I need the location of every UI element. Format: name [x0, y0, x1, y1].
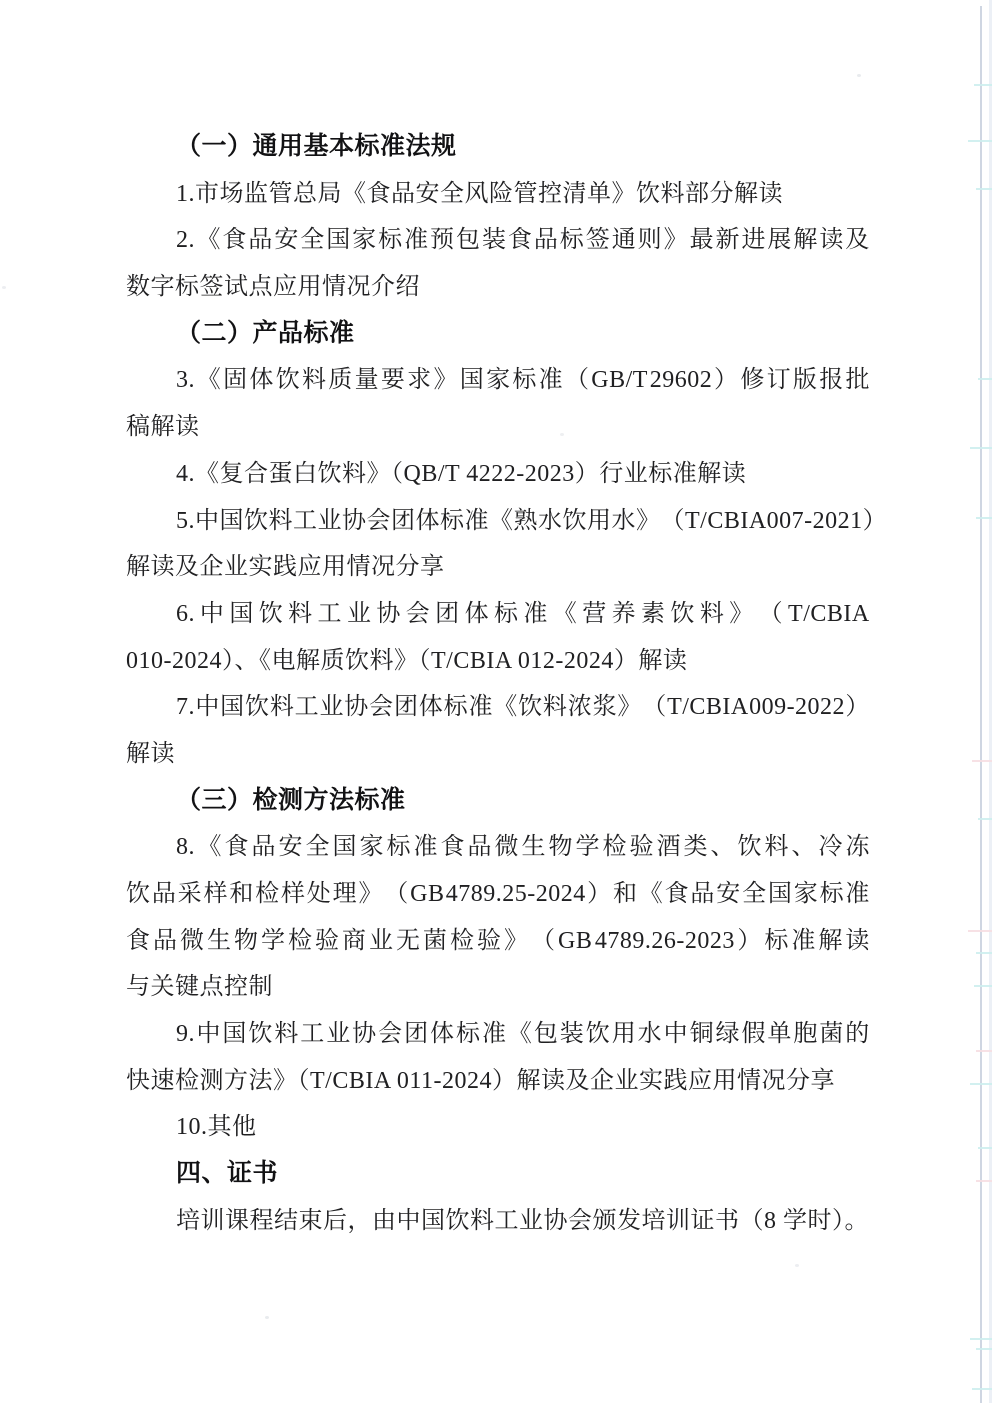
- text-unit: ）: [863, 498, 888, 545]
- scan-tick-mark: [976, 1050, 992, 1052]
- text-unit: 验: [477, 918, 502, 965]
- text-unit: 食: [222, 217, 247, 264]
- text-unit: 读: [819, 217, 844, 264]
- text-unit: 绿: [716, 1011, 741, 1058]
- scan-tick-mark: [972, 1388, 992, 1390]
- text-line: 6.中国饮料工业协会团体标准《营养素饮料》（T/CBIA: [126, 591, 870, 638]
- text-unit: 饮: [518, 684, 543, 731]
- text-unit: 固: [223, 357, 248, 404]
- text-unit: 冷: [819, 824, 844, 871]
- text-unit: 品: [534, 217, 559, 264]
- text-unit: 微: [180, 918, 205, 965]
- text-unit: 国: [229, 591, 254, 638]
- text-unit: 饮: [259, 591, 284, 638]
- text-unit: 安: [274, 217, 299, 264]
- text-unit: 解: [818, 918, 843, 965]
- text-unit: 体: [416, 498, 441, 545]
- text-unit: 新: [716, 217, 741, 264]
- text-unit: 会: [369, 684, 394, 731]
- text-unit: 准: [404, 217, 429, 264]
- text-unit: 2.: [176, 217, 195, 264]
- text-line: 8.《食品安全国家标准食品微生物学检验酒类、饮料、冷冻: [126, 824, 870, 871]
- text-unit: 微: [495, 824, 520, 871]
- text-unit: 饮: [563, 498, 588, 545]
- text-unit: 协: [352, 1011, 377, 1058]
- text-unit: 菌: [819, 1011, 844, 1058]
- text-unit: 准: [465, 498, 490, 545]
- text-unit: 标: [560, 217, 585, 264]
- text-unit: 单: [767, 1011, 792, 1058]
- text-unit: 样: [281, 871, 306, 918]
- text-unit: 家: [486, 357, 511, 404]
- text-unit: 学: [576, 824, 601, 871]
- text-unit: 和: [229, 871, 254, 918]
- text-unit: 》: [504, 918, 529, 965]
- text-unit: 品: [248, 217, 273, 264]
- text-unit: 无: [396, 918, 421, 965]
- text-unit: 假: [741, 1011, 766, 1058]
- text-unit: 准: [468, 684, 493, 731]
- text-unit: 国: [326, 217, 351, 264]
- text-unit: GB/T: [591, 357, 648, 404]
- text-unit: 》: [729, 591, 754, 638]
- text-unit: 批: [846, 357, 871, 404]
- text-line: 食品微生物学检验商业无菌检验》（GB4789.26-2023）标准解读: [126, 918, 870, 965]
- scan-tick-mark: [968, 140, 992, 142]
- scan-tick-mark: [976, 1348, 992, 1350]
- text-line: 解读: [126, 731, 870, 778]
- text-unit: 009-2022: [749, 684, 845, 731]
- text-unit: 标: [512, 357, 537, 404]
- text-unit: 准: [845, 871, 870, 918]
- text-unit: 标: [378, 217, 403, 264]
- text-unit: 修: [740, 357, 765, 404]
- text-unit: 9.: [176, 1011, 195, 1058]
- text-line: 4.《复合蛋白饮料》（QB/T 4222-2023）行业标准解读: [126, 451, 870, 498]
- text-unit: 读: [845, 918, 870, 965]
- text-unit: 《: [197, 357, 222, 404]
- text-unit: 料: [302, 357, 327, 404]
- text-unit: 体: [430, 1011, 455, 1058]
- text-unit: 浆: [593, 684, 618, 731]
- text-unit: 家: [360, 824, 385, 871]
- scan-tick-mark: [976, 517, 992, 519]
- text-unit: 料: [543, 684, 568, 731]
- text-unit: 水: [638, 1011, 663, 1058]
- text-unit: 则: [638, 217, 663, 264]
- text-line: 稿解读: [126, 404, 870, 451]
- text-unit: 食: [665, 871, 690, 918]
- text-unit: 理: [333, 871, 358, 918]
- text-unit: 料: [765, 824, 790, 871]
- scan-tick-mark: [974, 84, 992, 86]
- text-unit: 3.: [176, 357, 195, 404]
- text-unit: 4789.26-2023: [595, 918, 735, 965]
- text-unit: 装: [482, 217, 507, 264]
- text-unit: 水: [612, 498, 637, 545]
- scan-tick-mark: [978, 818, 992, 820]
- text-unit: 水: [538, 498, 563, 545]
- text-unit: 生: [207, 918, 232, 965]
- scan-tick-mark: [970, 1083, 992, 1085]
- text-unit: 团: [435, 591, 460, 638]
- scan-tick-mark: [970, 447, 992, 449]
- text-unit: 体: [465, 591, 490, 638]
- text-unit: 类: [684, 824, 709, 871]
- text-unit: 料: [269, 498, 294, 545]
- text-unit: 协: [344, 684, 369, 731]
- text-unit: 料: [288, 591, 313, 638]
- text-line: 饮品采样和检样处理》（GB4789.25-2024）和《食品安全国家标准: [126, 871, 870, 918]
- text-unit: 饮: [245, 684, 270, 731]
- text-unit: 版: [793, 357, 818, 404]
- section-heading: （三）检测方法标准: [126, 778, 870, 825]
- text-unit: 食: [225, 824, 250, 871]
- text-unit: 展: [767, 217, 792, 264]
- scan-tick-mark: [976, 1180, 992, 1182]
- text-unit: 会: [406, 591, 431, 638]
- text-unit: 《: [493, 684, 518, 731]
- text-unit: 7.: [176, 684, 195, 731]
- text-unit: 及: [845, 217, 870, 264]
- text-unit: 《: [198, 824, 223, 871]
- text-unit: T/CBIA: [685, 498, 767, 545]
- text-unit: 工: [318, 591, 343, 638]
- text-unit: 冻: [846, 824, 871, 871]
- text-unit: GB: [410, 871, 444, 918]
- text-unit: 29602: [650, 357, 713, 404]
- text-unit: 食: [126, 918, 151, 965]
- text-unit: 用: [612, 1011, 637, 1058]
- text-unit: 品: [152, 871, 177, 918]
- text-unit: 食: [441, 824, 466, 871]
- text-unit: 准: [523, 591, 548, 638]
- section-heading: （二）产品标准: [126, 311, 870, 358]
- text-unit: ）: [587, 871, 612, 918]
- text-unit: 商: [342, 918, 367, 965]
- document-page: （一）通用基本标准法规1.市场监管总局《食品安全风险管控清单》饮料部分解读2.《…: [0, 0, 992, 1403]
- text-line: 5.中国饮料工业协会团体标准《熟水饮用水》（T/CBIA007-2021）: [126, 498, 870, 545]
- text-unit: 业: [326, 1011, 351, 1058]
- text-unit: 报: [819, 357, 844, 404]
- text-unit: 业: [369, 918, 394, 965]
- text-line: 9.中国饮料工业协会团体标准《包装饮用水中铜绿假单胞菌的: [126, 1011, 870, 1058]
- text-unit: 标: [494, 591, 519, 638]
- text-unit: 学: [261, 918, 286, 965]
- text-unit: 标: [444, 684, 469, 731]
- text-unit: 国: [333, 824, 358, 871]
- text-unit: （: [759, 591, 784, 638]
- text-unit: 料: [270, 684, 295, 731]
- text-unit: 、: [792, 824, 817, 871]
- text-unit: （: [661, 498, 686, 545]
- text-unit: （: [531, 918, 556, 965]
- section-heading: 四、证书: [126, 1151, 870, 1198]
- text-unit: 物: [549, 824, 574, 871]
- text-unit: 饮: [248, 1011, 273, 1058]
- text-unit: 全: [306, 824, 331, 871]
- text-unit: 包: [456, 217, 481, 264]
- text-unit: 会: [378, 1011, 403, 1058]
- text-unit: 养: [612, 591, 637, 638]
- text-line: 与关键点控制: [126, 964, 870, 1011]
- text-unit: 铜: [690, 1011, 715, 1058]
- text-unit: 体: [249, 357, 274, 404]
- text-unit: 料: [700, 591, 725, 638]
- text-unit: 要: [381, 357, 406, 404]
- scan-tick-mark: [978, 1147, 992, 1149]
- text-unit: 》: [636, 498, 661, 545]
- text-unit: 8.: [176, 824, 195, 871]
- text-unit: 质: [328, 357, 353, 404]
- text-unit: 业: [319, 684, 344, 731]
- text-unit: 解: [793, 217, 818, 264]
- text-unit: 物: [234, 918, 259, 965]
- text-unit: 样: [203, 871, 228, 918]
- scan-tick-mark: [968, 930, 992, 932]
- text-unit: 全: [300, 217, 325, 264]
- scan-speck: [560, 433, 564, 436]
- text-unit: 》: [433, 357, 458, 404]
- text-unit: 中: [195, 684, 220, 731]
- text-line: 7.中国饮料工业协会团体标准《饮料浓浆》（T/CBIA009-2022）: [126, 684, 870, 731]
- text-unit: 品: [153, 918, 178, 965]
- text-unit: T/CBIA: [667, 684, 749, 731]
- text-unit: 检: [603, 824, 628, 871]
- text-unit: 业: [318, 498, 343, 545]
- text-unit: 》: [617, 684, 642, 731]
- text-unit: 订: [767, 357, 792, 404]
- text-unit: 国: [220, 498, 245, 545]
- scan-tick-mark: [970, 1338, 992, 1340]
- text-unit: （: [642, 684, 667, 731]
- text-unit: 业: [347, 591, 372, 638]
- text-unit: 料: [274, 1011, 299, 1058]
- text-unit: 饮: [738, 824, 763, 871]
- text-unit: 标: [440, 498, 465, 545]
- text-unit: 预: [430, 217, 455, 264]
- text-unit: 6.: [176, 591, 195, 638]
- scan-tick-mark: [972, 760, 992, 762]
- text-unit: 全: [742, 871, 767, 918]
- text-unit: 检: [255, 871, 280, 918]
- text-line: 3.《固体饮料质量要求》国家标准（GB/T29602）修订版报批: [126, 357, 870, 404]
- text-unit: 胞: [793, 1011, 818, 1058]
- text-unit: 生: [522, 824, 547, 871]
- text-unit: 《: [639, 871, 664, 918]
- scan-tick-mark: [974, 985, 992, 987]
- text-unit: 检: [288, 918, 313, 965]
- scan-tick-mark: [976, 188, 992, 190]
- text-unit: 品: [690, 871, 715, 918]
- text-unit: 饮: [276, 357, 301, 404]
- text-line: 快速检测方法》（T/CBIA 011-2024）解读及企业实践应用情况分享: [126, 1058, 870, 1105]
- text-unit: 标: [387, 824, 412, 871]
- text-unit: 求: [407, 357, 432, 404]
- text-unit: 准: [791, 918, 816, 965]
- scan-speck: [2, 286, 6, 289]
- text-unit: 团: [404, 1011, 429, 1058]
- text-unit: （: [565, 357, 590, 404]
- text-unit: 采: [178, 871, 203, 918]
- scan-edge-line: [980, 6, 982, 1403]
- text-unit: ）: [845, 684, 870, 731]
- text-unit: 量: [355, 357, 380, 404]
- text-unit: 协: [342, 498, 367, 545]
- text-unit: 007-2021: [767, 498, 863, 545]
- text-unit: 饮: [244, 498, 269, 545]
- text-unit: 国: [768, 871, 793, 918]
- text-unit: 用: [587, 498, 612, 545]
- text-unit: 最: [690, 217, 715, 264]
- text-unit: 准: [539, 357, 564, 404]
- text-line: 1.市场监管总局《食品安全风险管控清单》饮料部分解读: [126, 171, 870, 218]
- text-unit: 工: [293, 498, 318, 545]
- text-unit: 工: [300, 1011, 325, 1058]
- text-unit: 家: [352, 217, 377, 264]
- text-unit: 处: [307, 871, 332, 918]
- text-unit: 通: [612, 217, 637, 264]
- scan-speck: [795, 1264, 799, 1267]
- scan-tick-mark: [976, 952, 992, 954]
- section-heading: （一）通用基本标准法规: [126, 124, 870, 171]
- text-unit: 家: [794, 871, 819, 918]
- text-unit: 饮: [670, 591, 695, 638]
- text-unit: 中: [200, 591, 225, 638]
- scan-speck: [857, 74, 861, 77]
- text-unit: 准: [482, 1011, 507, 1058]
- text-unit: 菌: [423, 918, 448, 965]
- text-unit: 和: [613, 871, 638, 918]
- text-unit: 》: [358, 871, 383, 918]
- text-unit: 包: [534, 1011, 559, 1058]
- text-unit: 检: [450, 918, 475, 965]
- text-unit: 《: [489, 498, 514, 545]
- text-unit: ）: [714, 357, 739, 404]
- text-unit: 熟: [514, 498, 539, 545]
- text-unit: 验: [315, 918, 340, 965]
- text-unit: 酒: [657, 824, 682, 871]
- text-unit: 《: [196, 217, 221, 264]
- text-unit: 验: [630, 824, 655, 871]
- text-unit: 浓: [568, 684, 593, 731]
- text-unit: GB: [558, 918, 592, 965]
- text-unit: 团: [394, 684, 419, 731]
- text-unit: 会: [367, 498, 392, 545]
- text-unit: 国: [220, 684, 245, 731]
- text-unit: 》: [664, 217, 689, 264]
- text-unit: 协: [376, 591, 401, 638]
- text-unit: 体: [419, 684, 444, 731]
- text-unit: 签: [586, 217, 611, 264]
- text-line: 010-2024）、《电解质饮料》（T/CBIA 012-2024）解读: [126, 638, 870, 685]
- text-unit: 标: [764, 918, 789, 965]
- text-line: 10.其他: [126, 1104, 870, 1151]
- text-unit: 工: [295, 684, 320, 731]
- text-unit: 《: [553, 591, 578, 638]
- text-unit: 中: [195, 498, 220, 545]
- text-unit: 饮: [126, 871, 151, 918]
- text-unit: 的: [845, 1011, 870, 1058]
- text-unit: 中: [664, 1011, 689, 1058]
- text-unit: 4789.25-2024: [446, 871, 586, 918]
- text-unit: 团: [391, 498, 416, 545]
- text-unit: 5.: [176, 498, 195, 545]
- scan-tick-mark: [978, 378, 992, 380]
- text-unit: 食: [508, 217, 533, 264]
- text-unit: 国: [460, 357, 485, 404]
- text-unit: ）: [737, 918, 762, 965]
- text-unit: 品: [252, 824, 277, 871]
- text-line: 2.《食品安全国家标准预包装食品标签通则》最新进展解读及: [126, 217, 870, 264]
- text-unit: T/CBIA: [788, 591, 870, 638]
- text-unit: 进: [741, 217, 766, 264]
- text-unit: 营: [582, 591, 607, 638]
- text-unit: 中: [196, 1011, 221, 1058]
- text-unit: 安: [716, 871, 741, 918]
- text-line: 数字标签试点应用情况介绍: [126, 264, 870, 311]
- text-unit: 标: [820, 871, 845, 918]
- text-unit: 、: [711, 824, 736, 871]
- text-unit: 准: [414, 824, 439, 871]
- document-body: （一）通用基本标准法规1.市场监管总局《食品安全风险管控清单》饮料部分解读2.《…: [126, 124, 870, 1245]
- text-unit: 装: [560, 1011, 585, 1058]
- text-unit: 饮: [586, 1011, 611, 1058]
- text-line: 解读及企业实践应用情况分享: [126, 544, 870, 591]
- text-unit: （: [384, 871, 409, 918]
- text-line: 培训课程结束后，由中国饮料工业协会颁发培训证书（8 学时）。: [126, 1198, 870, 1245]
- scan-speck: [265, 1316, 269, 1319]
- text-unit: 素: [641, 591, 666, 638]
- text-unit: 《: [508, 1011, 533, 1058]
- text-unit: 安: [279, 824, 304, 871]
- text-unit: 国: [222, 1011, 247, 1058]
- text-unit: 品: [468, 824, 493, 871]
- text-unit: 标: [456, 1011, 481, 1058]
